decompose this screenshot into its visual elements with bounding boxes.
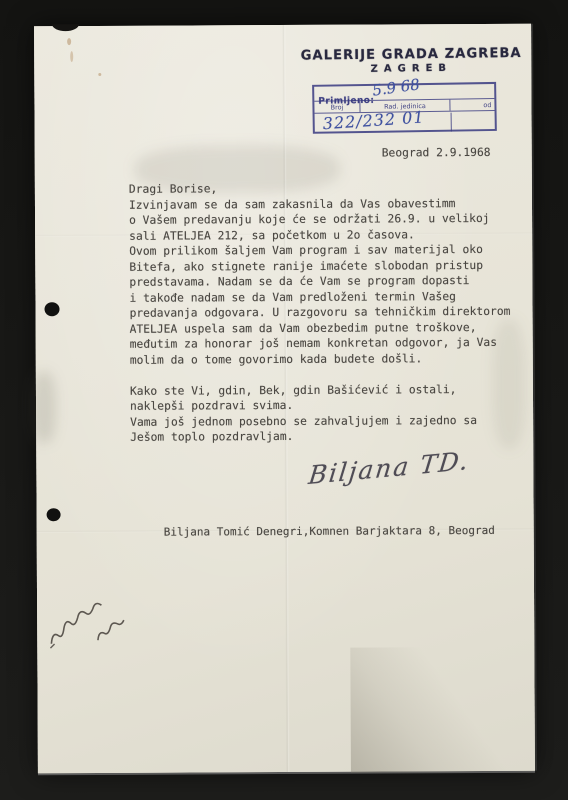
sender-address-line: Biljana Tomić Denegri,Komnen Barjaktara … xyxy=(164,524,495,539)
handwritten-marginalia-scribble xyxy=(37,583,156,659)
letter-body: Dragi Borise,Izvinjavam se da sam zakasn… xyxy=(129,180,511,445)
letter-line: predavanja odgovara. U razgovoru sa tehn… xyxy=(130,304,511,321)
letter-line: Ješom toplo pozdravljam. xyxy=(130,428,511,445)
letter-line: Vama još jednom posebno se zahvaljujem i… xyxy=(130,412,511,429)
receipt-cell-divider xyxy=(451,113,452,132)
stain xyxy=(98,73,101,76)
letter-line: međutim za honorar još nemam konkretan o… xyxy=(130,335,511,352)
letter-line: predstavama. Nadam se da će Vam se progr… xyxy=(129,273,510,290)
receipt-col-broj: Broj xyxy=(314,101,360,113)
stain xyxy=(67,38,71,45)
letter-line: Kako ste Vi, gdin, Bek, gdin Bašićević i… xyxy=(130,381,511,398)
paper-notch xyxy=(52,24,79,31)
dateline: Beograd 2.9.1968 xyxy=(382,146,491,160)
punch-hole xyxy=(44,302,59,316)
letter-line: o Vašem predavanju koje će se održati 26… xyxy=(129,211,510,228)
punch-hole xyxy=(47,508,61,521)
corner-fold-shadow xyxy=(350,647,536,773)
letter-page: GALERIJE GRADA ZAGREBA ZAGREB Primljeno:… xyxy=(34,24,535,774)
organization-stamp-city: ZAGREB xyxy=(296,62,526,76)
bleedthrough-mark xyxy=(32,371,56,443)
receipt-col-right: od xyxy=(450,99,494,111)
photo-background: GALERIJE GRADA ZAGREBA ZAGREB Primljeno:… xyxy=(0,0,568,800)
stain xyxy=(70,51,73,62)
organization-stamp: GALERIJE GRADA ZAGREBA ZAGREB xyxy=(296,45,526,76)
receipt-stamp: Primljeno: Broj Rad. jedinica od 5.9 68 … xyxy=(312,82,497,134)
letter-line: Ovom prilikom šaljem Vam program i sav m… xyxy=(129,242,510,259)
organization-stamp-name: GALERIJE GRADA ZAGREBA xyxy=(300,45,523,64)
signature-handwritten: Biljana TD. xyxy=(307,446,472,490)
